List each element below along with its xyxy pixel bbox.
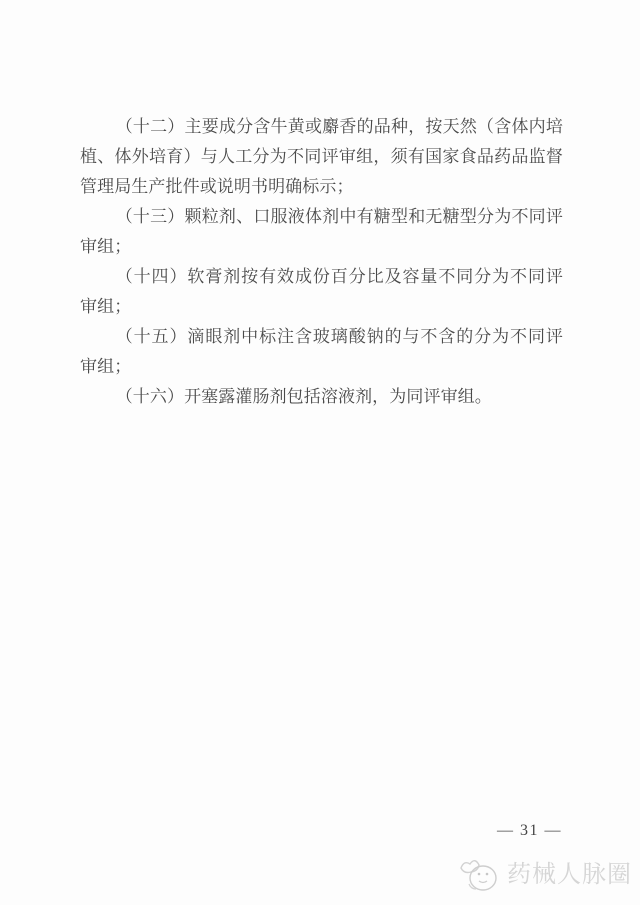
text-line: （十四）软膏剂按有效成份百分比及容量不同分为不同评	[80, 262, 563, 292]
paragraph-14: （十四）软膏剂按有效成份百分比及容量不同分为不同评 审组；	[80, 262, 563, 322]
text-line: （十二）主要成分含牛黄或麝香的品种，按天然（含体内培	[80, 112, 563, 142]
paragraph-13: （十三）颗粒剂、口服液体剂中有糖型和无糖型分为不同评 审组；	[80, 202, 563, 262]
text-line: 管理局生产批件或说明书明确标示；	[80, 172, 563, 202]
watermark: 药械人脉圈	[457, 852, 632, 898]
text-line: 审组；	[80, 292, 563, 322]
document-page: （十二）主要成分含牛黄或麝香的品种，按天然（含体内培 植、体外培育）与人工分为不…	[0, 0, 640, 905]
watermark-text: 药械人脉圈	[507, 852, 632, 898]
text-line: （十五）滴眼剂中标注含玻璃酸钠的与不含的分为不同评	[80, 322, 563, 352]
text-line: 审组；	[80, 352, 563, 382]
paragraph-12: （十二）主要成分含牛黄或麝香的品种，按天然（含体内培 植、体外培育）与人工分为不…	[80, 112, 563, 202]
text-line: （十六）开塞露灌肠剂包括溶液剂，为同评审组。	[80, 382, 563, 412]
text-line: 审组；	[80, 232, 563, 262]
body-text: （十二）主要成分含牛黄或麝香的品种，按天然（含体内培 植、体外培育）与人工分为不…	[80, 112, 563, 412]
mascot-icon	[457, 852, 503, 898]
paragraph-15: （十五）滴眼剂中标注含玻璃酸钠的与不含的分为不同评 审组；	[80, 322, 563, 382]
paragraph-16: （十六）开塞露灌肠剂包括溶液剂，为同评审组。	[80, 382, 563, 412]
text-line: （十三）颗粒剂、口服液体剂中有糖型和无糖型分为不同评	[80, 202, 563, 232]
text-line: 植、体外培育）与人工分为不同评审组，须有国家食品药品监督	[80, 142, 563, 172]
page-number: — 31 —	[497, 821, 562, 841]
